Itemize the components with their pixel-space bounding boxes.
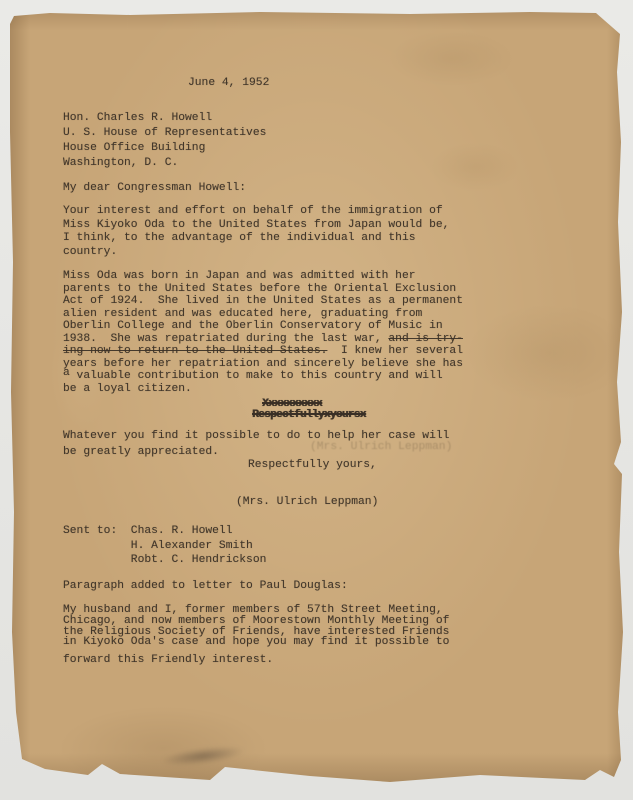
letter-text: Miss Oda was born in Japan and was admit… xyxy=(63,270,416,282)
paragraph-1: Your interest and effort on behalf of th… xyxy=(63,205,449,259)
letter-line: June 4, 1952 xyxy=(188,76,269,90)
letter-line: Washington, D. C. xyxy=(63,156,266,171)
letter-line: alien resident and was educated here, gr… xyxy=(63,308,463,321)
letter-line: Respectfullyxyoursx xyxy=(252,409,366,421)
letter-text: be greatly appreciated. xyxy=(63,446,219,458)
letter-line: be a loyal citizen. xyxy=(63,383,463,396)
letter-text: Miss Kiyoko Oda to the United States fro… xyxy=(63,219,449,231)
letter-line: a valuable contribution to make to this … xyxy=(63,370,463,383)
letter-text: in Kiyoko Oda's case and hope you may fi… xyxy=(63,636,449,648)
letter-text: Robt. C. Hendrickson xyxy=(63,554,266,566)
letter-line: Hon. Charles R. Howell xyxy=(63,111,266,126)
letter-text: Act of 1924. She lived in the United Sta… xyxy=(63,295,463,307)
letter-text: U. S. House of Representatives xyxy=(63,127,266,139)
letter-text: alien resident and was educated here, gr… xyxy=(63,308,422,320)
letter-line: (Mrs. Ulrich Leppman) xyxy=(310,441,452,453)
letter-text: H. Alexander Smith xyxy=(63,540,253,552)
letter-text: Sent to: Chas. R. Howell xyxy=(63,525,232,537)
letter-text-struck: ing now to return to the United States. xyxy=(63,345,327,357)
letter-line: I think, to the advantage of the individ… xyxy=(63,232,449,246)
paragraph-4-last-line: forward this Friendly interest. xyxy=(63,654,273,666)
letter-line: ing now to return to the United States. … xyxy=(63,345,463,358)
sent-to-list: Sent to: Chas. R. Howell H. Alexander Sm… xyxy=(63,524,266,568)
signature-name: (Mrs. Ulrich Leppman) xyxy=(236,495,378,509)
letter-text: 1938. She was repatriated during the las… xyxy=(63,333,388,345)
letter-text: My dear Congressman Howell: xyxy=(63,182,246,194)
letter-text: forward this Friendly interest. xyxy=(63,654,273,666)
closing: Respectfully yours, xyxy=(248,458,377,472)
letter-line: Miss Oda was born in Japan and was admit… xyxy=(63,270,463,283)
letter-text: I think, to the advantage of the individ… xyxy=(63,232,416,244)
letter-text: Hon. Charles R. Howell xyxy=(63,112,212,124)
paper-stain xyxy=(430,142,520,192)
letter-text: Paragraph added to letter to Paul Dougla… xyxy=(63,580,348,592)
letter-line: My dear Congressman Howell: xyxy=(63,181,246,195)
letter-line: H. Alexander Smith xyxy=(63,539,266,554)
ghost-signature-offset: (Mrs. Ulrich Leppman) xyxy=(310,441,452,453)
salutation: My dear Congressman Howell: xyxy=(63,181,246,195)
letter-text: (Mrs. Ulrich Leppman) xyxy=(236,496,378,508)
letter-line: House Office Building xyxy=(63,141,266,156)
ink-smudge-mark xyxy=(159,743,246,769)
letter-line: forward this Friendly interest. xyxy=(63,654,273,666)
letter-line: Miss Kiyoko Oda to the United States fro… xyxy=(63,219,449,233)
letter-line: Respectfully yours, xyxy=(248,458,377,472)
scan-background: June 4, 1952Hon. Charles R. HowellU. S. … xyxy=(0,0,633,800)
recipient-address: Hon. Charles R. HowellU. S. House of Rep… xyxy=(63,111,266,171)
letter-text: parents to the United States before the … xyxy=(63,283,456,295)
paper: June 4, 1952Hon. Charles R. HowellU. S. … xyxy=(10,12,623,787)
letter-line: years before her repatriation and sincer… xyxy=(63,358,463,371)
letter-text-over: Respectfullyxyoursx xyxy=(252,409,366,421)
letter-text: Washington, D. C. xyxy=(63,157,178,169)
letter-text: I knew her several xyxy=(327,345,463,357)
letter-line: (Mrs. Ulrich Leppman) xyxy=(236,495,378,509)
letter-line: 1938. She was repatriated during the las… xyxy=(63,333,463,346)
letter-text: Your interest and effort on behalf of th… xyxy=(63,205,443,217)
letter-text: House Office Building xyxy=(63,142,205,154)
letter-line: country. xyxy=(63,246,449,260)
letter-text: country. xyxy=(63,246,117,258)
typed-over-line-2: Respectfullyxyoursx xyxy=(252,409,366,421)
letter-line: Robt. C. Hendrickson xyxy=(63,553,266,568)
letter-text: Respectfully yours, xyxy=(248,459,377,471)
letter-text: be a loyal citizen. xyxy=(63,383,192,395)
letter-text-raised: a xyxy=(63,367,70,379)
paragraph-note: Paragraph added to letter to Paul Dougla… xyxy=(63,579,348,593)
paragraph-4: My husband and I, former members of 57th… xyxy=(63,605,449,648)
letter-text: Oberlin College and the Oberlin Conserva… xyxy=(63,320,443,332)
letter-line: in Kiyoko Oda's case and hope you may fi… xyxy=(63,637,449,648)
letter-line: Paragraph added to letter to Paul Dougla… xyxy=(63,579,348,593)
letter-text-struck: and is try- xyxy=(388,333,463,345)
letter-line: Act of 1924. She lived in the United Sta… xyxy=(63,295,463,308)
letter-text: years before her repatriation and sincer… xyxy=(63,358,463,370)
letter-line: parents to the United States before the … xyxy=(63,283,463,296)
letter-text: June 4, 1952 xyxy=(188,77,269,89)
letter-text-ghost: (Mrs. Ulrich Leppman) xyxy=(310,441,452,453)
letter-line: Oberlin College and the Oberlin Conserva… xyxy=(63,320,463,333)
letter-line: Sent to: Chas. R. Howell xyxy=(63,524,266,539)
letter-text: valuable contribution to make to this co… xyxy=(70,370,443,382)
letter-line: U. S. House of Representatives xyxy=(63,126,266,141)
paragraph-2: Miss Oda was born in Japan and was admit… xyxy=(63,270,463,395)
letter-line: Your interest and effort on behalf of th… xyxy=(63,205,449,219)
date-line: June 4, 1952 xyxy=(188,76,269,90)
